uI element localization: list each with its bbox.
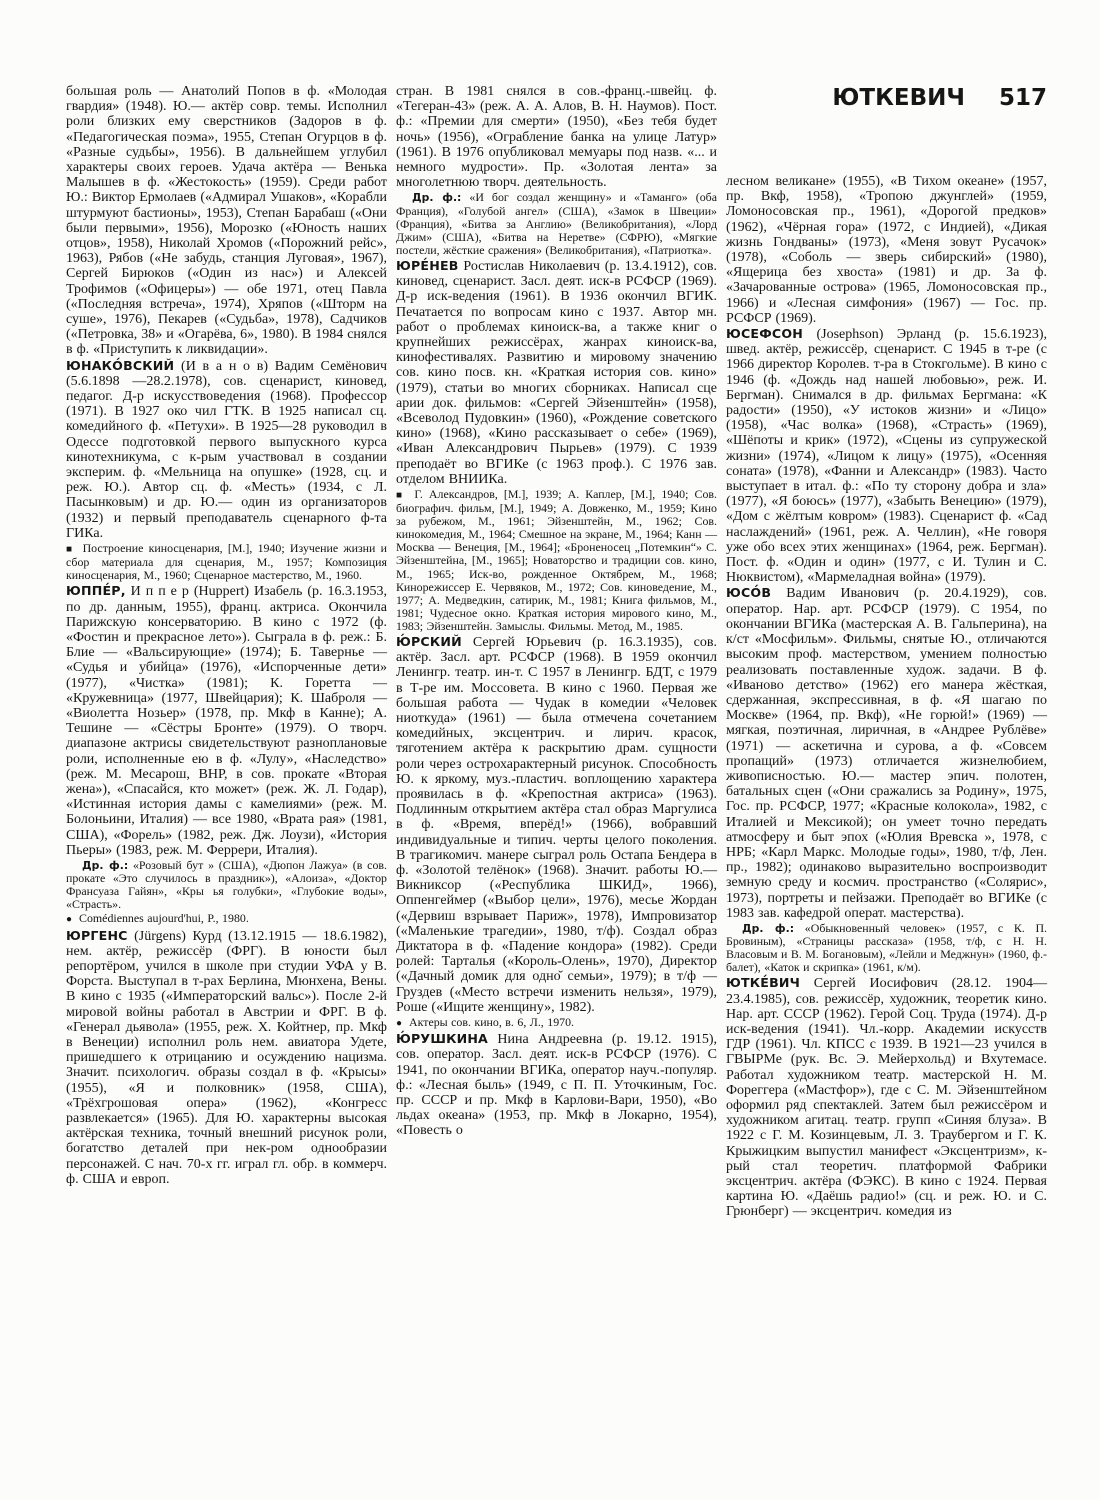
entry-headword: ЮСО́В (726, 585, 771, 600)
bullet-marker-icon: ● (66, 914, 79, 925)
reference-note: ● Comédiennes aujourd'hui, P., 1980. (66, 912, 387, 926)
filmography-note: Др. ф.: «Розовый бут » (США), «Дюпон Лаж… (66, 859, 387, 911)
entry-headword: ЮРЕ́НЕВ (396, 258, 459, 273)
column-3: ЮТКЕВИЧ 517 лесном великане» (1955), «В … (726, 84, 1047, 1470)
continuation-paragraph: стран. В 1981 снялся в сов.-франц.-швейц… (396, 84, 717, 190)
entry-headword: ЮНАКО́ВСКИЙ (66, 358, 174, 373)
entry-headword: Ю́РУШКИНА (396, 1031, 488, 1046)
continuation-paragraph: лесном великане» (1955), «В Тихом океане… (726, 174, 1047, 326)
entry-headword: ЮРГЕНС (66, 928, 128, 943)
bibliography-note: ■ Построение киносценария, [М.], 1940; И… (66, 542, 387, 582)
square-marker-icon: ■ (396, 490, 414, 501)
filmography-label: Др. ф.: (82, 859, 128, 872)
entry-yursky: Ю́РСКИЙ Сергей Юрьевич (р. 16.3.1935), с… (396, 634, 717, 1015)
running-head-title: ЮТКЕВИЧ (832, 84, 965, 112)
reference-note: ● Актеры сов. кино, в. 6, Л., 1970. (396, 1016, 717, 1030)
entry-yusov: ЮСО́В Вадим Иванович (р. 20.4.1929), сов… (726, 585, 1047, 920)
continuation-paragraph: большая роль — Анатолий Попов в ф. «Моло… (66, 84, 387, 358)
entry-headword: Ю́РСКИЙ (396, 634, 462, 649)
entry-huppert: ЮППЕ́Р, И п п е р (Huppert) Изабель (р. … (66, 583, 387, 858)
entry-yurushkina: Ю́РУШКИНА Нина Андреевна (р. 19.12. 1915… (396, 1031, 717, 1138)
filmography-note: Др. ф.: «Обыкновенный человек» (1957, с … (726, 922, 1047, 974)
entry-josephson: ЮСЕФСОН (Josephson) Эрланд (р. 15.6.1923… (726, 326, 1047, 585)
column-2: стран. В 1981 снялся в сов.-франц.-швейц… (396, 84, 717, 1470)
page-number: 517 (999, 84, 1047, 112)
entry-headword: ЮСЕФСОН (726, 326, 803, 341)
encyclopedia-page: большая роль — Анатолий Попов в ф. «Моло… (0, 0, 1100, 1500)
entry-yurenev: ЮРЕ́НЕВ Ростислав Николаевич (р. 13.4.19… (396, 258, 717, 487)
entry-yunakovsky: ЮНАКО́ВСКИЙ (И в а н о в) Вадим Семёнови… (66, 358, 387, 541)
filmography-label: Др. ф.: (742, 922, 794, 935)
column-1: большая роль — Анатолий Попов в ф. «Моло… (66, 84, 387, 1470)
entry-jurgens: ЮРГЕНС (Jürgens) Курд (13.12.1915 — 18.6… (66, 928, 387, 1187)
square-marker-icon: ■ (66, 544, 83, 555)
entry-headword: ЮППЕ́Р, (66, 583, 126, 598)
entry-headword: ЮТКЕ́ВИЧ (726, 975, 800, 990)
entry-yutkevich: ЮТКЕ́ВИЧ Сергей Иосифович (28.12. 1904—2… (726, 975, 1047, 1219)
filmography-note: Др. ф.: «И бог создал женщину» и «Таманг… (396, 191, 717, 256)
filmography-label: Др. ф.: (412, 191, 461, 204)
running-head: ЮТКЕВИЧ 517 (726, 84, 1047, 112)
bullet-marker-icon: ● (396, 1018, 409, 1029)
bibliography-note: ■ Г. Александров, [М.], 1939; А. Каплер,… (396, 488, 717, 633)
